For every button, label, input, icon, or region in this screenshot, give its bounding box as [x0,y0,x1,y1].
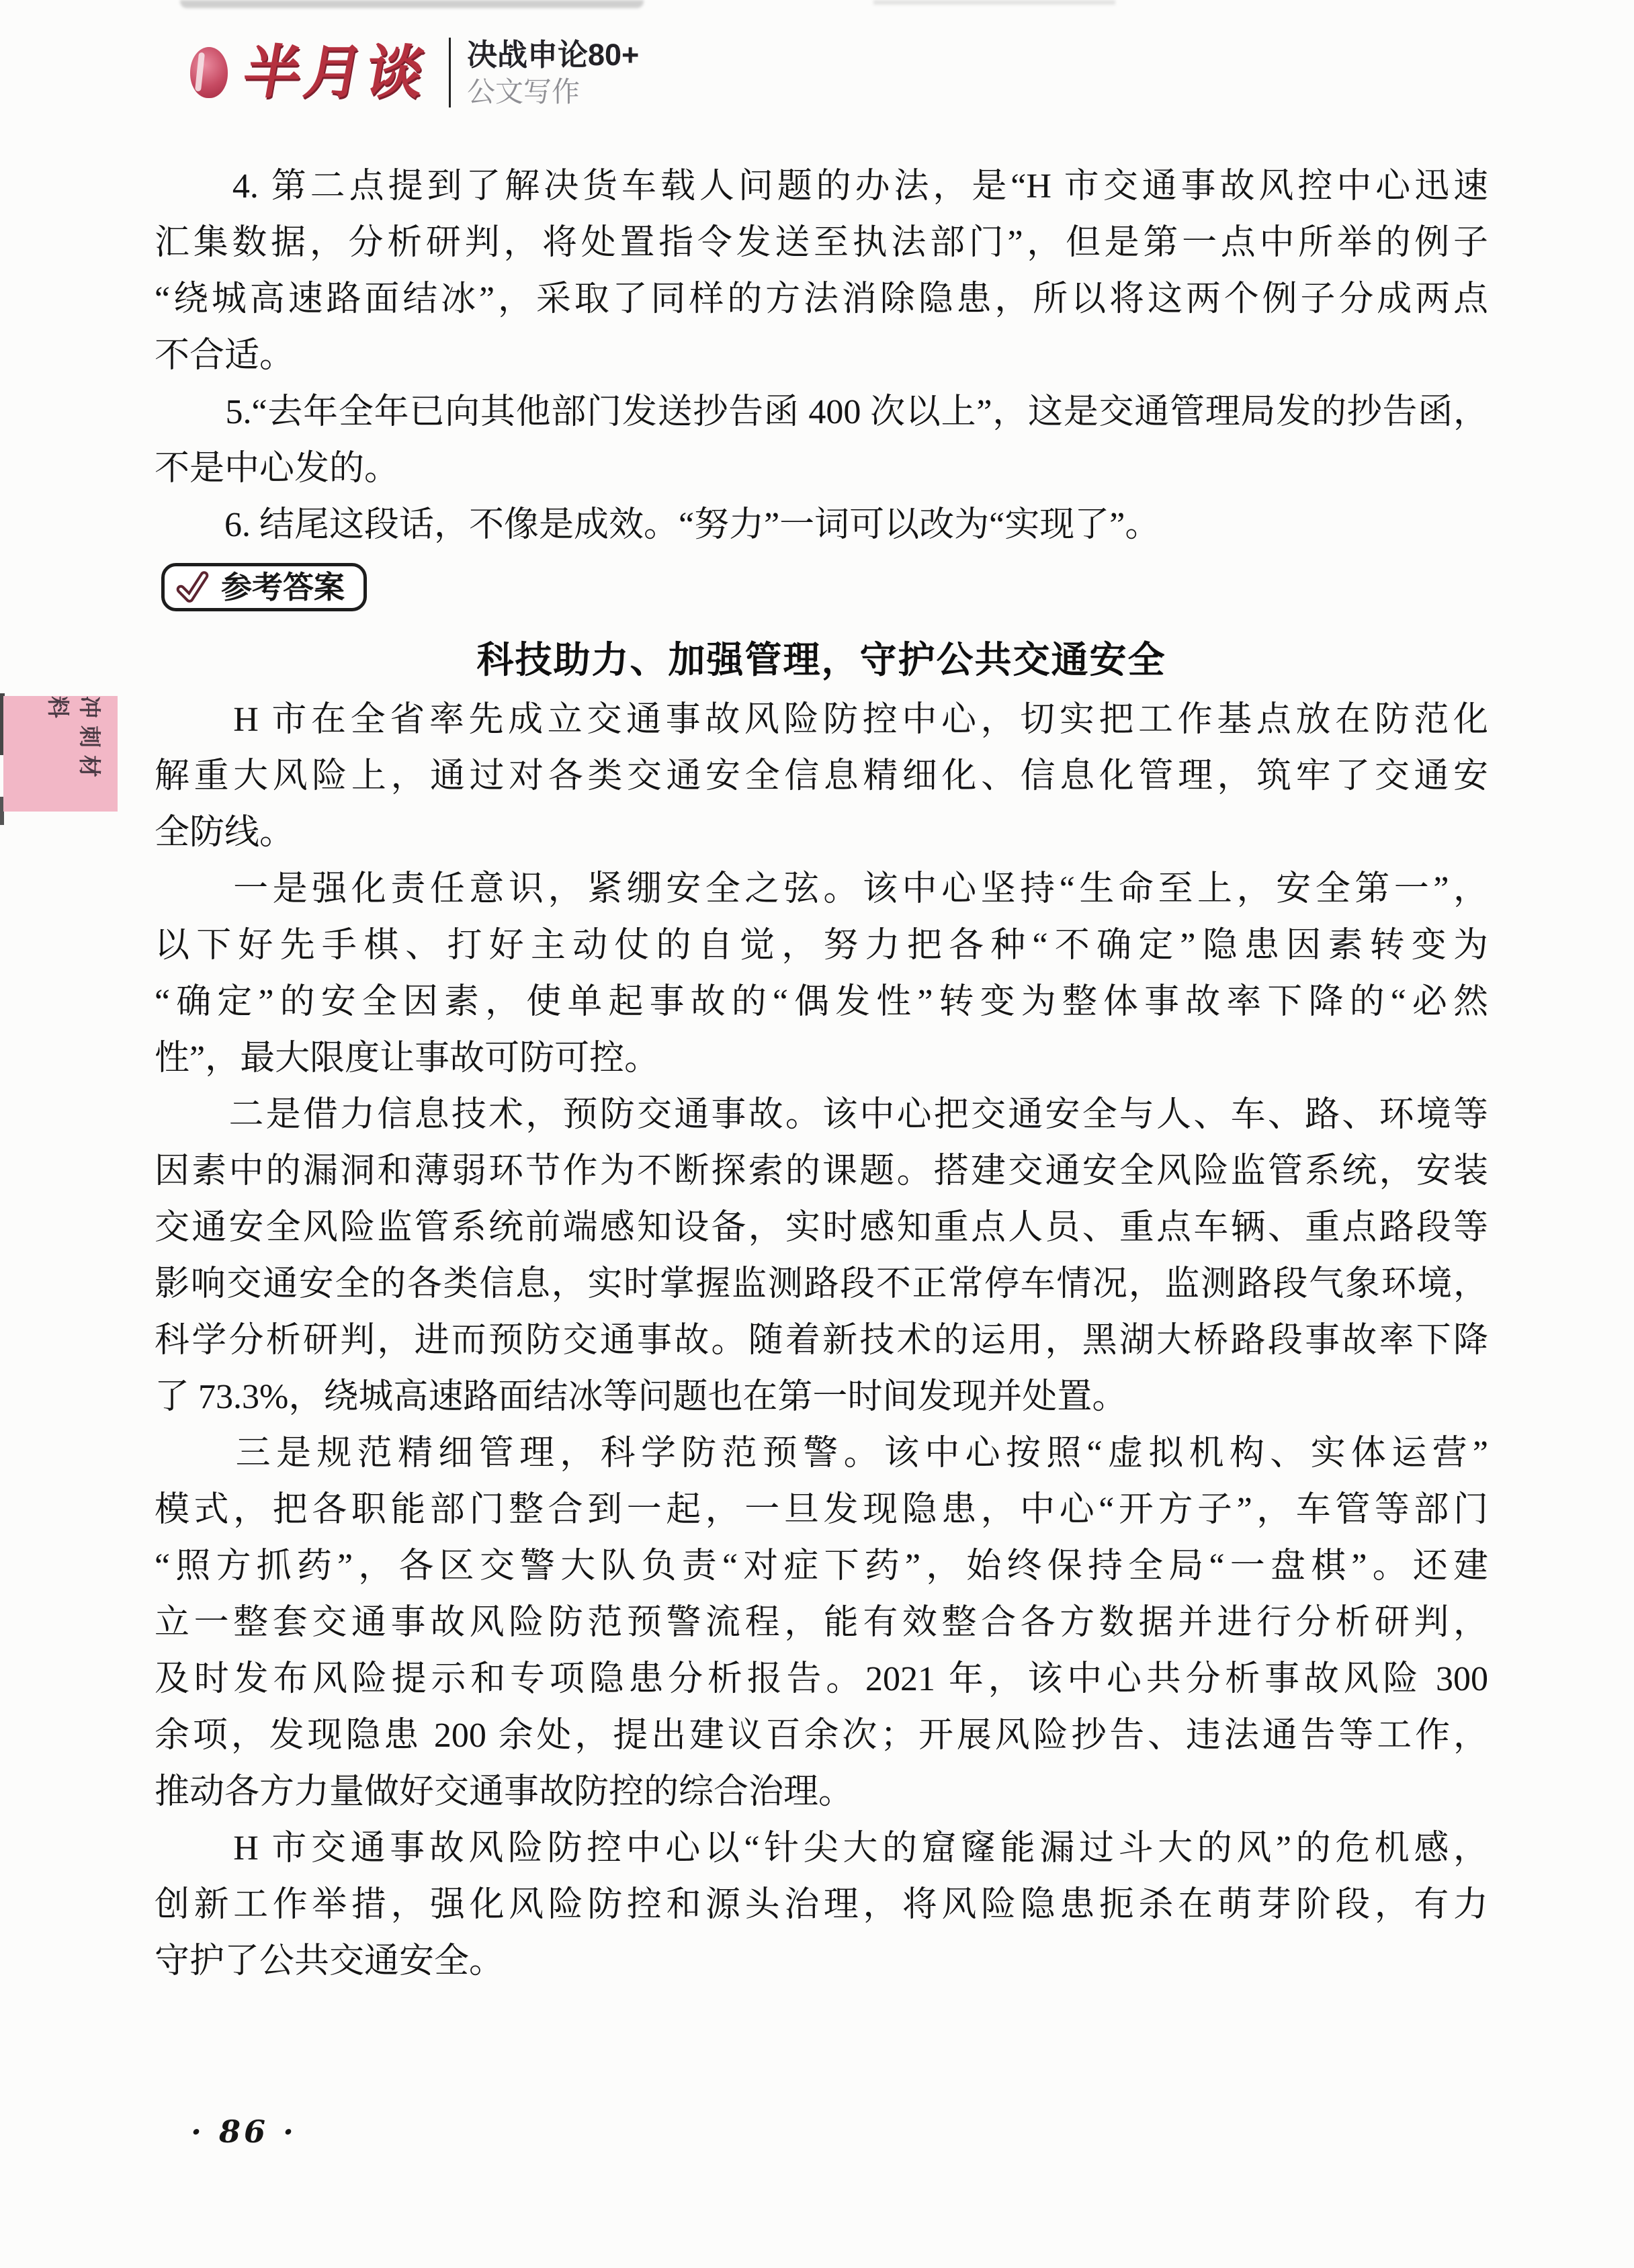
answer-paragraph-4: 三是规范精细管理，科学防范预警。该中心按照“虚拟机构、实体运营” 模式，把各职能… [155,1426,1488,1821]
text-line: 6. 结尾这段话，不像是成效。“努力”一词可以改为“实现了”。 [155,497,1488,554]
text-line: H 市在全省率先成立交通事故风险防控中心，切实把工作基点放在防范化 [155,692,1488,748]
answer-paragraph-5: H 市交通事故风险防控中心以“针尖大的窟窿能漏过斗大的风”的危机感， 创新工作举… [155,1821,1488,1990]
side-tab-materials: 冲刺材料 [3,696,118,812]
book-page: 半月谈 决战申论80+ 公文写作 冲刺材料 4. 第二点提到了解决货车载人问题的… [0,0,1634,2268]
page-content: 4. 第二点提到了解决货车载人问题的办法，是“H 市交通事故风控中心迅速 汇集数… [155,159,1488,1990]
page-number-text: · 86 · [191,2113,297,2150]
series-subtitle: 公文写作 [467,78,639,106]
text-line: 不是中心发的。 [155,441,1488,497]
text-line: 汇集数据，分析研判，将处置指令发送至执法部门”，但是第一点中所举的例子 [155,215,1488,271]
banyuetan-apple-logo-icon [190,47,228,98]
text-line: 科学分析研判，进而预防交通事故。随着新技术的运用，黑湖大桥路段事故率下降 [155,1313,1488,1369]
scan-artifact-top-left [180,0,644,8]
page-header: 半月谈 决战申论80+ 公文写作 [190,38,639,107]
note-item-6: 6. 结尾这段话，不像是成效。“努力”一词可以改为“实现了”。 [155,497,1488,554]
text-line: 了 73.3%，绕城高速路面结冰等问题也在第一时间发现并处置。 [155,1369,1488,1426]
text-line: 创新工作举措，强化风险防控和源头治理，将风险隐患扼杀在萌芽阶段，有力 [155,1877,1488,1933]
series-titles: 决战申论80+ 公文写作 [467,40,639,106]
brand-name: 半月谈 [239,44,432,101]
scan-artifact-top-right [873,0,1115,5]
text-line: 一是强化责任意识，紧绷安全之弦。该中心坚持“生命至上，安全第一”， [155,861,1488,918]
text-line: 解重大风险上，通过对各类交通安全信息精细化、信息化管理，筑牢了交通安 [155,748,1488,805]
text-line: 影响交通安全的各类信息，实时掌握监测路段不正常停车情况，监测路段气象环境， [155,1256,1488,1313]
checkmark-icon [174,568,212,606]
text-line: H 市交通事故风险防控中心以“针尖大的窟窿能漏过斗大的风”的危机感， [155,1821,1488,1877]
text-line: 推动各方力量做好交通事故防控的综合治理。 [155,1764,1488,1821]
text-line: 及时发布风险提示和专项隐患分析报告。2021 年，该中心共分析事故风险 300 [155,1651,1488,1708]
page-number: · 86 · [191,2113,297,2150]
side-tab-label: 冲刺材料 [44,696,107,812]
note-item-5: 5.“去年全年已向其他部门发送抄告函 400 次以上”，这是交通管理局发的抄告函… [155,384,1488,497]
text-line: 4. 第二点提到了解决货车载人问题的办法，是“H 市交通事故风控中心迅速 [155,159,1488,215]
text-line: 模式，把各职能部门整合到一起，一旦发现隐患，中心“开方子”，车管等部门 [155,1482,1488,1538]
apple-highlight [195,52,205,92]
text-line: 全防线。 [155,805,1488,861]
header-divider [449,38,451,107]
answer-title: 科技助力、加强管理，守护公共交通安全 [155,631,1488,688]
text-line: “照方抓药”，各区交警大队负责“对症下药”，始终保持全局“一盘棋”。还建 [155,1538,1488,1595]
answer-paragraph-3: 二是借力信息技术，预防交通事故。该中心把交通安全与人、车、路、环境等 因素中的漏… [155,1087,1488,1426]
text-line: 守护了公共交通安全。 [155,1933,1488,1990]
note-item-4: 4. 第二点提到了解决货车载人问题的办法，是“H 市交通事故风控中心迅速 汇集数… [155,159,1488,384]
answer-paragraph-1: H 市在全省率先成立交通事故风险防控中心，切实把工作基点放在防范化 解重大风险上… [155,692,1488,861]
text-line: 性”，最大限度让事故可防可控。 [155,1031,1488,1087]
reference-answer-badge: 参考答案 [161,563,367,611]
reference-answer-label: 参考答案 [221,569,345,605]
text-line: 余项，发现隐患 200 余处，提出建议百余次；开展风险抄告、违法通告等工作， [155,1708,1488,1764]
text-line: 5.“去年全年已向其他部门发送抄告函 400 次以上”，这是交通管理局发的抄告函… [155,384,1488,441]
text-line: 因素中的漏洞和薄弱环节作为不断探索的课题。搭建交通安全风险监管系统，安装 [155,1143,1488,1200]
text-line: 立一整套交通事故风险防范预警流程，能有效整合各方数据并进行分析研判， [155,1595,1488,1651]
text-line: 不合适。 [155,328,1488,384]
text-line: 二是借力信息技术，预防交通事故。该中心把交通安全与人、车、路、环境等 [155,1087,1488,1143]
text-line: “绕城高速路面结冰”，采取了同样的方法消除隐患，所以将这两个例子分成两点 [155,271,1488,328]
text-line: 三是规范精细管理，科学防范预警。该中心按照“虚拟机构、实体运营” [155,1426,1488,1482]
text-line: 交通安全风险监管系统前端感知设备，实时感知重点人员、重点车辆、重点路段等 [155,1200,1488,1256]
text-line: 以下好先手棋、打好主动仗的自觉，努力把各种“不确定”隐患因素转变为 [155,918,1488,974]
text-line: “确定”的安全因素，使单起事故的“偶发性”转变为整体事故率下降的“必然 [155,974,1488,1031]
series-title: 决战申论80+ [467,40,639,70]
answer-paragraph-2: 一是强化责任意识，紧绷安全之弦。该中心坚持“生命至上，安全第一”， 以下好先手棋… [155,861,1488,1087]
